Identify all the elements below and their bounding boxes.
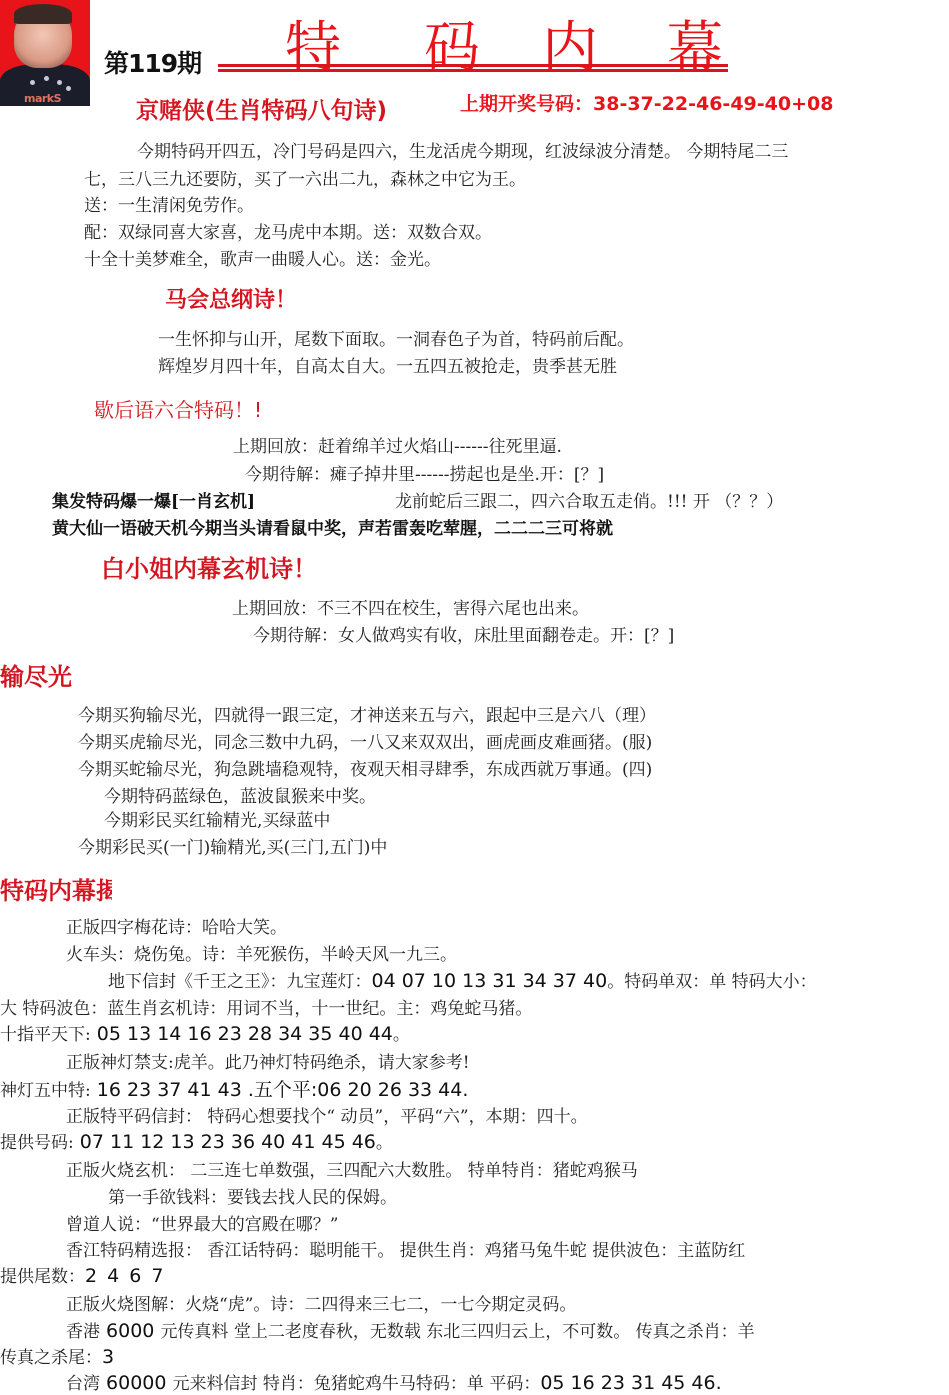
- shizhi-numbers: 05 13 14 16 23 28 34 35 40 44: [91, 1023, 393, 1045]
- poem-line: 送：一生清闲免劳作。: [84, 191, 254, 216]
- riddle-line: 上期回放：赶着绵羊过火焰山------往死里逼.: [233, 432, 562, 457]
- verse-line: 今期买蛇输尽光，狗急跳墙稳观特，夜观天相寻肆季，东成西就万事通。(四): [78, 755, 652, 780]
- info-line-weishu: 提供尾数：2 4 6 7: [0, 1262, 165, 1287]
- info-line-shendeng-jinzhi: 正版神灯禁支:虎羊。此乃神灯特码绝杀，请大家参考!: [66, 1048, 470, 1073]
- last-draw-numbers: 38-37-22-46-49-40+08: [593, 93, 833, 115]
- info-line-tepingma: 正版特平码信封： 特码心想要找个“ 动员”，平码“六”，本期：四十。: [66, 1102, 588, 1127]
- info-line-taiwan: 台湾 60000 元来料信封 特肖：兔猪蛇鸡牛马特码：单 平码：05 16 23…: [66, 1369, 722, 1394]
- riddle-line: 今期待解：瘫子掉井里------捞起也是坐.开：[？]: [245, 460, 604, 485]
- poem-line: 今期特码开四五，冷门号码是四六，生龙活虎今期现，红波绿波分清楚。 今期特尾二三: [137, 137, 788, 162]
- tw-label: 台湾: [66, 1374, 100, 1394]
- issue-number: 第119期: [104, 44, 201, 80]
- avatar-button-dot: [66, 86, 71, 91]
- dixia-label: 地下信封《千王之王》：九宝莲灯：: [108, 972, 372, 992]
- last-draw: 上期开奖号码：38-37-22-46-49-40+08: [460, 89, 833, 116]
- info-line-shizhi: 十指平天下: 05 13 14 16 23 28 34 35 40 44。: [0, 1020, 410, 1045]
- shendeng-numbers: 16 23 37 41 43 .五个平:06 20 26 33 44.: [91, 1079, 469, 1101]
- info-line-shendeng: 神灯五中特: 16 23 37 41 43 .五个平:06 20 26 33 4…: [0, 1075, 468, 1102]
- avatar: markS: [0, 0, 90, 106]
- weishu-numbers: 2 4 6 7: [85, 1265, 165, 1287]
- avatar-button-dot: [57, 80, 62, 85]
- info-line-huochetou: 火车头：烧伤兔。诗：羊死猴伤，半岭天风一九三。: [66, 940, 457, 965]
- poem-line: 配：双绿同喜大家喜，龙马虎中本期。送：双数合双。: [84, 218, 492, 243]
- section-heading-neimu: 特码内幕揭: [0, 871, 112, 903]
- hk-text: 元传真料 堂上二老度春秋，无数载 东北三四归云上，不可数。 传真之杀肖：羊: [160, 1322, 754, 1342]
- verse-line: 今期彩民买红输精光,买绿蓝中: [104, 806, 330, 831]
- tw-amount: 60000: [100, 1372, 173, 1394]
- info-line-meihua: 正版四字梅花诗：哈哈大笑。: [66, 913, 287, 938]
- huangdaxian-line: 黄大仙一语破天机今期当头请看鼠中奖，声若雷轰吃荤腥，二二二三可将就: [52, 514, 613, 539]
- dixia-numbers: 04 07 10 13 31 34 37 40: [372, 970, 608, 992]
- shizhi-label: 十指平天下:: [0, 1025, 91, 1045]
- avatar-hair: [14, 4, 72, 24]
- avatar-button-dot: [44, 76, 49, 81]
- section-heading-bai: 白小姐内幕玄机诗！: [101, 549, 317, 584]
- riddle-line: 上期回放：不三不四在校生，害得六尾也出来。: [232, 594, 589, 619]
- title-underline: [218, 64, 728, 67]
- tigong-tail: 。: [376, 1133, 393, 1153]
- tw-numbers: 05 16 23 31 45 46.: [540, 1372, 721, 1394]
- info-line-dixia: 地下信封《千王之王》：九宝莲灯：04 07 10 13 31 34 37 40。…: [108, 967, 817, 992]
- info-line-huoshao-tujie: 正版火烧图解：火烧“虎”。诗：二四得来三七二，一七今期定灵码。: [66, 1290, 576, 1315]
- title-underline: [218, 69, 728, 72]
- jifa-text: 龙前蛇后三跟二，四六合取五走俏。!!! 开 （？？）: [395, 487, 783, 512]
- dixia-tail: 。特码单双：单 特码大小：: [607, 972, 816, 992]
- info-line-xiangjiang: 香江特码精选报： 香江话特码：聪明能干。 提供生肖：鸡猪马兔牛蛇 提供波色：主蓝…: [66, 1236, 745, 1261]
- verse-line: 今期特码蓝绿色，蓝波鼠猴来中奖。: [104, 782, 376, 807]
- poem-line: 一生怀抑与山开，尾数下面取。一洞春色子为首，特码前后配。: [158, 325, 634, 350]
- weishu-label: 提供尾数：: [0, 1267, 85, 1287]
- title-char: 幕: [667, 4, 723, 84]
- poem-line: 辉煌岁月四十年，自高太自大。一五四五被抢走，贵季甚无胜: [158, 352, 617, 377]
- title-char: 特: [285, 4, 341, 84]
- tigong-label: 提供号码:: [0, 1133, 74, 1153]
- tw-text: 元来料信封 特肖：兔猪蛇鸡牛马特码：单 平码：: [173, 1374, 541, 1394]
- info-line-zengdaoren: 曾道人说：“世界最大的宫殿在哪？”: [66, 1210, 338, 1235]
- tigong-numbers: 07 11 12 13 23 36 40 41 45 46: [74, 1131, 376, 1153]
- riddle-line: 今期待解：女人做鸡实有收，床肚里面翻卷走。开：[？]: [253, 621, 674, 646]
- subtitle: 京赌侠(生肖特码八句诗): [136, 92, 387, 125]
- chuanzhen-number: 3: [102, 1346, 114, 1368]
- title-char: 码: [424, 4, 480, 84]
- last-draw-label: 上期开奖号码：: [460, 93, 593, 115]
- info-line-bose: 大 特码波色：蓝生肖玄机诗：用词不当，十一世纪。主：鸡兔蛇马猪。: [0, 994, 532, 1019]
- section-heading-mahui: 马会总纲诗！: [165, 283, 297, 314]
- title-char: 内: [542, 4, 598, 84]
- verse-line: 今期彩民买(一门)输精光,买(三门,五门)中: [78, 833, 387, 858]
- verse-line: 今期买虎输尽光，同念三数中九码，一八又来双双出，画虎画皮难画猪。(服): [78, 728, 652, 753]
- jifa-label: 集发特码爆一爆[一肖玄机]: [52, 487, 255, 512]
- info-line-huoshao-xuanji: 正版火烧玄机： 二三连七单数强，三四配六大数胜。 特单特肖：猪蛇鸡猴马: [66, 1156, 638, 1181]
- info-line-tigong: 提供号码: 07 11 12 13 23 36 40 41 45 46。: [0, 1128, 393, 1153]
- poem-line: 七，三八三九还要防，买了一六出二九，森林之中它为王。: [84, 165, 526, 190]
- avatar-button-dot: [30, 80, 35, 85]
- chuanzhen-label: 传真之杀尾：: [0, 1348, 102, 1368]
- verse-line: 今期买狗输尽光，四就得一跟三定，才神送来五与六，跟起中三是六八（理）: [78, 701, 656, 726]
- info-line-chuanzhen: 传真之杀尾：3: [0, 1343, 114, 1368]
- hk-label: 香港: [66, 1322, 100, 1342]
- avatar-caption: markS: [24, 92, 61, 105]
- info-line-diyishou: 第一手欲钱料：要钱去找人民的保姆。: [108, 1183, 397, 1208]
- poem-line: 十全十美梦难全，歌声一曲暖人心。送：金光。: [84, 245, 441, 270]
- hk-amount: 6000: [100, 1320, 160, 1342]
- shizhi-tail: 。: [393, 1025, 410, 1045]
- info-line-hongkong: 香港 6000 元传真料 堂上二老度春秋，无数载 东北三四归云上，不可数。 传真…: [66, 1317, 755, 1342]
- shendeng-label: 神灯五中特:: [0, 1081, 91, 1101]
- section-heading-xiehouyu: 歇后语六合特码！!: [94, 394, 262, 423]
- section-heading-shujinguang: 输尽光: [0, 657, 72, 692]
